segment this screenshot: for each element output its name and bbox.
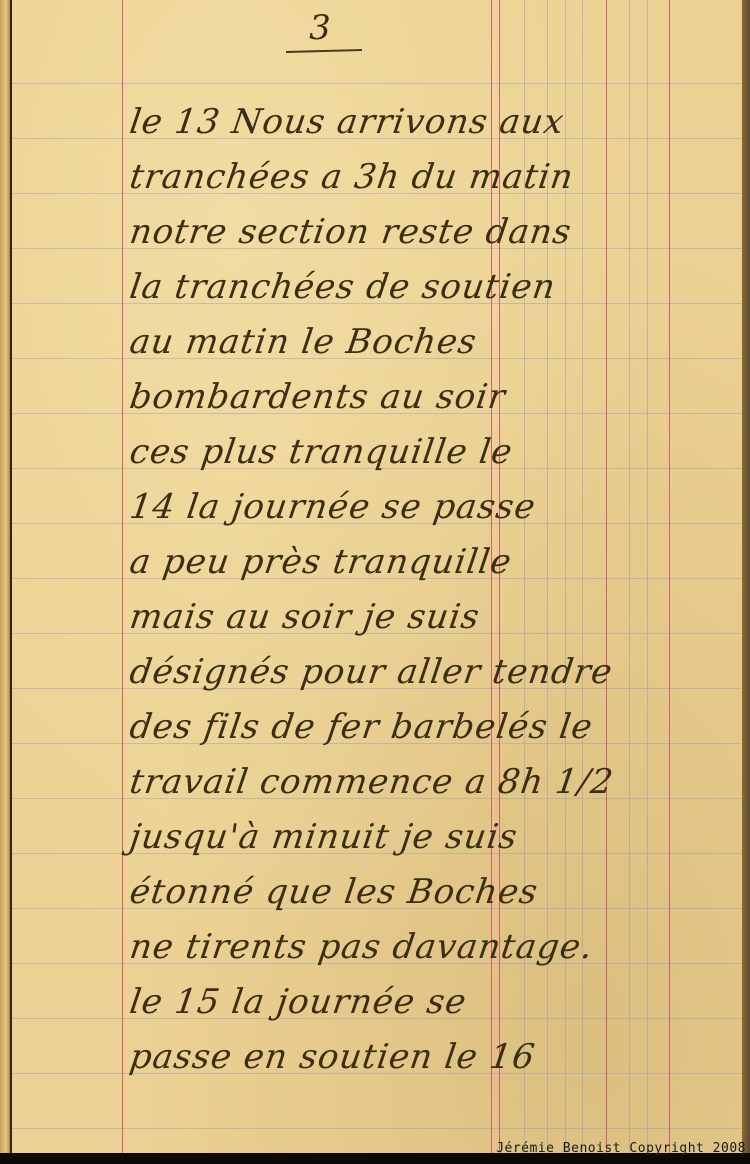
handwritten-line: désignés pour aller tendre <box>126 645 734 700</box>
handwritten-line: le 15 la journée se <box>126 975 734 1030</box>
copyright-watermark: Jérémie Benoist Copyright 2008 <box>496 1141 746 1156</box>
handwritten-line: mais au soir je suis <box>126 590 734 645</box>
handwritten-line: des fils de fer barbelés le <box>126 700 734 755</box>
handwritten-line: jusqu'à minuit je suis <box>126 810 734 865</box>
scanned-page-background: 3 le 13 Nous arrivons aux tranchées a 3h… <box>0 0 750 1164</box>
previous-page-edge <box>0 0 10 1153</box>
handwritten-line: étonné que les Boches <box>126 865 734 920</box>
handwritten-line: travail commence a 8h 1/2 <box>126 755 734 810</box>
handwritten-line: bombardents au soir <box>126 370 734 425</box>
handwritten-line: le 13 Nous arrivons aux <box>126 95 734 150</box>
page-number-underline <box>286 49 362 53</box>
handwritten-line: 14 la journée se passe <box>126 480 734 535</box>
page-right-edge <box>742 0 750 1153</box>
handwritten-line: a peu près tranquille <box>126 535 734 590</box>
handwritten-line: ces plus tranquille le <box>126 425 734 480</box>
handwritten-text: le 13 Nous arrivons aux tranchées a 3h d… <box>130 95 730 1085</box>
handwritten-line: la tranchées de soutien <box>126 260 734 315</box>
left-margin-line <box>122 0 123 1153</box>
handwritten-line: ne tirents pas davantage. <box>126 920 734 975</box>
page-number: 3 <box>300 8 340 48</box>
handwritten-line: passe en soutien le 16 <box>126 1030 734 1085</box>
handwritten-line: notre section reste dans <box>126 205 734 260</box>
handwritten-line: tranchées a 3h du matin <box>126 150 734 205</box>
handwritten-line: au matin le Boches <box>126 315 734 370</box>
